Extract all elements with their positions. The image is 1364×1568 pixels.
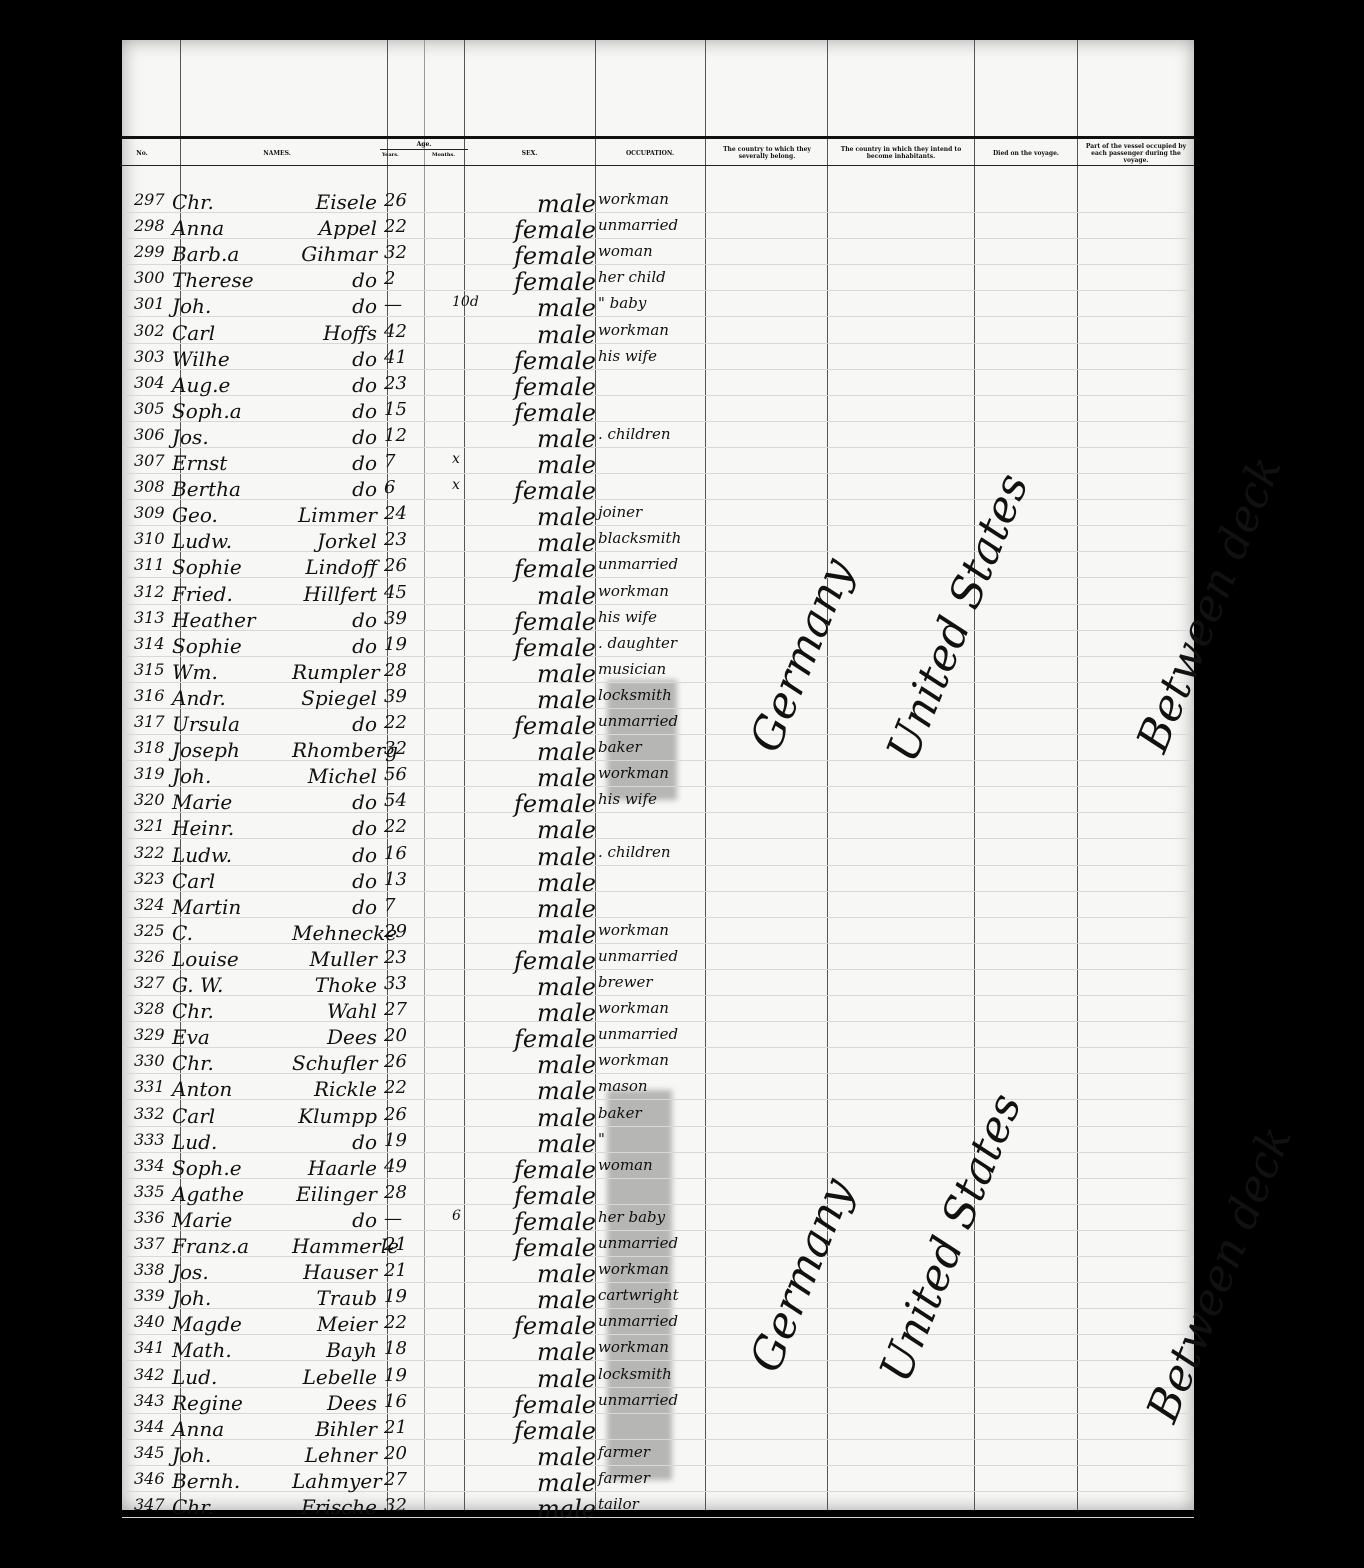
entry-number: 344 — [134, 1417, 165, 1436]
age-years: 49 — [384, 1156, 407, 1177]
last-name: Frische — [292, 1495, 377, 1519]
row-rule — [122, 1439, 1194, 1440]
age-years: 13 — [384, 869, 407, 890]
last-name: do — [292, 268, 377, 292]
last-name: Hauser — [292, 1260, 377, 1284]
last-name: Dees — [292, 1025, 377, 1049]
age-years: 15 — [384, 399, 407, 420]
row-rule — [122, 812, 1194, 813]
first-name: Bertha — [172, 477, 241, 501]
occupation: mason — [598, 1077, 648, 1095]
column-headers: No. NAMES. Age. Years. Months. SEX. OCCU… — [122, 140, 1194, 166]
row-rule — [122, 969, 1194, 970]
sex: male — [460, 1286, 596, 1314]
age-years: 22 — [384, 1312, 407, 1333]
entry-number: 347 — [134, 1495, 165, 1514]
sex: male — [460, 1338, 596, 1366]
last-name: Lehner — [292, 1443, 377, 1467]
occupation: unmarried — [598, 947, 678, 965]
entry-number: 304 — [134, 373, 165, 392]
entry-number: 332 — [134, 1104, 165, 1123]
entry-number: 298 — [134, 216, 165, 235]
first-name: Soph.a — [172, 399, 242, 423]
age-years: 21 — [384, 1234, 407, 1255]
first-name: Sophie — [172, 634, 242, 658]
row-rule — [122, 577, 1194, 578]
entry-number: 336 — [134, 1208, 165, 1227]
entry-number: 330 — [134, 1051, 165, 1070]
table-row: 314Sophiedo19female. daughter — [122, 634, 1194, 660]
table-row: 343RegineDees16femaleunmarried — [122, 1391, 1194, 1417]
age-years: 33 — [384, 973, 407, 994]
age-years: 19 — [384, 634, 407, 655]
row-rule — [122, 473, 1194, 474]
first-name: Ludw. — [172, 529, 232, 553]
sex: female — [460, 608, 596, 636]
sex: male — [460, 1051, 596, 1079]
header-top-rule — [122, 136, 1194, 139]
age-years: 16 — [384, 843, 407, 864]
occupation: . daughter — [598, 634, 677, 652]
row-rule — [122, 1152, 1194, 1153]
sex: male — [460, 973, 596, 1001]
header-part-of-vessel: Part of the vessel occupied by each pass… — [1080, 140, 1192, 166]
entry-number: 299 — [134, 242, 165, 261]
table-row: 310Ludw.Jorkel23maleblacksmith — [122, 529, 1194, 555]
age-years: 41 — [384, 347, 407, 368]
entry-number: 320 — [134, 790, 165, 809]
entry-number: 325 — [134, 921, 165, 940]
sex: male — [460, 190, 596, 218]
occupation: musician — [598, 660, 666, 678]
entry-number: 311 — [134, 555, 165, 574]
last-name: Haarle — [292, 1156, 377, 1180]
sex: male — [460, 686, 596, 714]
age-years: 18 — [384, 1338, 407, 1359]
table-row: 301Joh.do—10dmale" baby — [122, 294, 1194, 320]
first-name: Jos. — [172, 425, 209, 449]
header-sex: SEX. — [464, 140, 595, 166]
occupation: joiner — [598, 503, 642, 521]
last-name: Eilinger — [292, 1182, 377, 1206]
table-row: 326LouiseMuller23femaleunmarried — [122, 947, 1194, 973]
age-years: 56 — [384, 764, 407, 785]
sex: female — [460, 347, 596, 375]
row-rule — [122, 316, 1194, 317]
occupation: workman — [598, 1338, 669, 1356]
occupation: workman — [598, 921, 669, 939]
last-name: Schufler — [292, 1051, 377, 1075]
occupation: unmarried — [598, 1234, 678, 1252]
sex: male — [460, 869, 596, 897]
last-name: do — [292, 399, 377, 423]
age-years: 27 — [384, 999, 407, 1020]
table-row: 328Chr.Wahl27maleworkman — [122, 999, 1194, 1025]
table-row: 346Bernh.Lahmyer27malefarmer — [122, 1469, 1194, 1495]
last-name: Appel — [292, 216, 377, 240]
header-age-label: Age. — [376, 141, 472, 148]
last-name: Traub — [292, 1286, 377, 1310]
table-row: 339Joh.Traub19malecartwright — [122, 1286, 1194, 1312]
first-name: Agathe — [172, 1182, 244, 1206]
age-years: 29 — [384, 921, 407, 942]
sex: female — [460, 1312, 596, 1340]
first-name: Joseph — [172, 738, 240, 762]
sex: female — [460, 399, 596, 427]
first-name: Lud. — [172, 1365, 217, 1389]
table-row: 298AnnaAppel22femaleunmarried — [122, 216, 1194, 242]
table-row: 297Chr.Eisele26maleworkman — [122, 190, 1194, 216]
age-years: 19 — [384, 1286, 407, 1307]
age-years: 23 — [384, 947, 407, 968]
sex: male — [460, 764, 596, 792]
first-name: Louise — [172, 947, 239, 971]
sex: male — [460, 1365, 596, 1393]
sex: female — [460, 947, 596, 975]
entry-number: 342 — [134, 1365, 165, 1384]
row-rule — [122, 630, 1194, 631]
last-name: do — [292, 347, 377, 371]
first-name: Joh. — [172, 1286, 211, 1310]
first-name: Jos. — [172, 1260, 209, 1284]
first-name: Ursula — [172, 712, 240, 736]
occupation: baker — [598, 738, 642, 756]
row-rule — [122, 1021, 1194, 1022]
age-years: 23 — [384, 373, 407, 394]
entry-number: 312 — [134, 582, 165, 601]
entry-number: 307 — [134, 451, 165, 470]
entry-number: 331 — [134, 1077, 165, 1096]
occupation: unmarried — [598, 1025, 678, 1043]
table-row: 316Andr.Spiegel39malelocksmith — [122, 686, 1194, 712]
row-rule — [122, 290, 1194, 291]
row-rule — [122, 656, 1194, 657]
last-name: Dees — [292, 1391, 377, 1415]
first-name: Marie — [172, 790, 232, 814]
table-row: 321Heinr.do22male — [122, 816, 1194, 842]
first-name: Wm. — [172, 660, 218, 684]
first-name: G. W. — [172, 973, 223, 997]
age-years: 24 — [384, 503, 407, 524]
first-name: Ernst — [172, 451, 227, 475]
sex: female — [460, 634, 596, 662]
age-years: — — [384, 294, 402, 315]
row-rule — [122, 1099, 1194, 1100]
last-name: Wahl — [292, 999, 377, 1023]
first-name: Wilhe — [172, 347, 230, 371]
first-name: Carl — [172, 1104, 215, 1128]
row-rule — [122, 760, 1194, 761]
entry-number: 326 — [134, 947, 165, 966]
row-rule — [122, 1360, 1194, 1361]
entry-number: 310 — [134, 529, 165, 548]
entry-number: 314 — [134, 634, 165, 653]
header-age-rule — [380, 149, 468, 150]
first-name: Ludw. — [172, 843, 232, 867]
first-name: Magde — [172, 1312, 242, 1336]
table-row: 331AntonRickle22malemason — [122, 1077, 1194, 1103]
last-name: Thoke — [292, 973, 377, 997]
row-rule — [122, 369, 1194, 370]
occupation: tailor — [598, 1495, 639, 1513]
entry-number: 321 — [134, 816, 165, 835]
entry-number: 324 — [134, 895, 165, 914]
last-name: Hillfert — [292, 582, 377, 606]
entry-number: 317 — [134, 712, 165, 731]
occupation: cartwright — [598, 1286, 679, 1304]
row-rule — [122, 865, 1194, 866]
sex: female — [460, 555, 596, 583]
table-row: 300Theresedo2femaleher child — [122, 268, 1194, 294]
row-rule — [122, 1413, 1194, 1414]
table-row: 325C.Mehnecke29maleworkman — [122, 921, 1194, 947]
age-years: 7 — [384, 895, 395, 916]
row-rule — [122, 1465, 1194, 1466]
sex: male — [460, 503, 596, 531]
occupation: workman — [598, 999, 669, 1017]
table-row: 324Martindo7male — [122, 895, 1194, 921]
row-rule — [122, 1282, 1194, 1283]
entry-number: 322 — [134, 843, 165, 862]
last-name: do — [292, 712, 377, 736]
entry-number: 301 — [134, 294, 165, 313]
last-name: do — [292, 869, 377, 893]
header-no: No. — [122, 140, 162, 166]
occupation: locksmith — [598, 686, 672, 704]
last-name: do — [292, 895, 377, 919]
sex: male — [460, 1130, 596, 1158]
first-name: Chr. — [172, 999, 214, 1023]
entry-number: 305 — [134, 399, 165, 418]
age-years: 32 — [384, 738, 407, 759]
last-name: do — [292, 373, 377, 397]
sex: male — [460, 1077, 596, 1105]
sex: male — [460, 529, 596, 557]
occupation: unmarried — [598, 555, 678, 573]
first-name: Soph.e — [172, 1156, 242, 1180]
row-rule — [122, 891, 1194, 892]
first-name: Marie — [172, 1208, 232, 1232]
sex: male — [460, 1104, 596, 1132]
last-name: Bihler — [292, 1417, 377, 1441]
first-name: Therese — [172, 268, 254, 292]
row-rule — [122, 1204, 1194, 1205]
age-months-or-mark: x — [452, 477, 460, 493]
age-years: 26 — [384, 1051, 407, 1072]
table-row: 306Jos.do12male. children — [122, 425, 1194, 451]
first-name: Heinr. — [172, 816, 234, 840]
entry-number: 333 — [134, 1130, 165, 1149]
table-row: 309Geo.Limmer24malejoiner — [122, 503, 1194, 529]
first-name: Chr. — [172, 1495, 214, 1519]
row-rule — [122, 786, 1194, 787]
last-name: Spiegel — [292, 686, 377, 710]
age-years: 32 — [384, 242, 407, 263]
age-years: 22 — [384, 1077, 407, 1098]
table-row: 299Barb.aGihmar32femalewoman — [122, 242, 1194, 268]
first-name: Franz.a — [172, 1234, 249, 1258]
occupation: workman — [598, 582, 669, 600]
age-years: 27 — [384, 1469, 407, 1490]
row-rule — [122, 1047, 1194, 1048]
age-months-or-mark: x — [452, 451, 460, 467]
last-name: Mehnecke — [292, 921, 377, 945]
table-row: 338Jos.Hauser21maleworkman — [122, 1260, 1194, 1286]
age-years: 20 — [384, 1443, 407, 1464]
first-name: Anton — [172, 1077, 232, 1101]
age-years: 26 — [384, 1104, 407, 1125]
row-rule — [122, 1073, 1194, 1074]
age-years: 7 — [384, 451, 395, 472]
occupation: her child — [598, 268, 666, 286]
age-years: 16 — [384, 1391, 407, 1412]
occupation: woman — [598, 1156, 653, 1174]
table-row: 327G. W.Thoke33malebrewer — [122, 973, 1194, 999]
occupation: unmarried — [598, 1391, 678, 1409]
table-row: 313Heatherdo39femalehis wife — [122, 608, 1194, 634]
sex: male — [460, 425, 596, 453]
table-row: 320Mariedo54femalehis wife — [122, 790, 1194, 816]
last-name: Gihmar — [292, 242, 377, 266]
last-name: do — [292, 790, 377, 814]
last-name: do — [292, 451, 377, 475]
occupation: unmarried — [598, 712, 678, 730]
first-name: Barb.a — [172, 242, 239, 266]
table-row: 342Lud.Lebelle19malelocksmith — [122, 1365, 1194, 1391]
entry-number: 341 — [134, 1338, 165, 1357]
entry-number: 308 — [134, 477, 165, 496]
last-name: Jorkel — [292, 529, 377, 553]
first-name: Martin — [172, 895, 241, 919]
sex: male — [460, 321, 596, 349]
occupation: his wife — [598, 790, 657, 808]
entry-number: 303 — [134, 347, 165, 366]
sex: male — [460, 451, 596, 479]
row-rule — [122, 1387, 1194, 1388]
age-years: 19 — [384, 1365, 407, 1386]
entry-number: 340 — [134, 1312, 165, 1331]
last-name: Rickle — [292, 1077, 377, 1101]
first-name: Joh. — [172, 764, 211, 788]
last-name: Muller — [292, 947, 377, 971]
age-years: 2 — [384, 268, 395, 289]
entry-number: 302 — [134, 321, 165, 340]
last-name: do — [292, 1130, 377, 1154]
row-rule — [122, 343, 1194, 344]
sex: female — [460, 268, 596, 296]
age-years: 22 — [384, 816, 407, 837]
row-rule — [122, 1517, 1194, 1518]
last-name: do — [292, 816, 377, 840]
row-rule — [122, 682, 1194, 683]
sex: female — [460, 790, 596, 818]
sex: male — [460, 1495, 596, 1523]
age-years: 45 — [384, 582, 407, 603]
first-name: Carl — [172, 869, 215, 893]
sex: male — [460, 660, 596, 688]
occupation: baker — [598, 1104, 642, 1122]
entry-number: 318 — [134, 738, 165, 757]
table-row: 302CarlHoffs42maleworkman — [122, 321, 1194, 347]
sex: male — [460, 1260, 596, 1288]
sex: female — [460, 1208, 596, 1236]
header-age: Age. Years. Months. — [376, 140, 472, 166]
last-name: Michel — [292, 764, 377, 788]
last-name: Hoffs — [292, 321, 377, 345]
row-rule — [122, 212, 1194, 213]
table-row: 334Soph.eHaarle49femalewoman — [122, 1156, 1194, 1182]
entry-number: 300 — [134, 268, 165, 287]
occupation: unmarried — [598, 1312, 678, 1330]
row-rule — [122, 447, 1194, 448]
entry-number: 338 — [134, 1260, 165, 1279]
sex: male — [460, 582, 596, 610]
last-name: Eisele — [292, 190, 377, 214]
row-rule — [122, 1491, 1194, 1492]
entry-number: 313 — [134, 608, 165, 627]
entry-number: 315 — [134, 660, 165, 679]
last-name: Lebelle — [292, 1365, 377, 1389]
age-years: 28 — [384, 660, 407, 681]
sex: female — [460, 1391, 596, 1419]
header-country-belong: The country to which they severally belo… — [708, 140, 826, 166]
table-row: 345Joh.Lehner20malefarmer — [122, 1443, 1194, 1469]
row-rule — [122, 1126, 1194, 1127]
first-name: Chr. — [172, 190, 214, 214]
entry-number: 346 — [134, 1469, 165, 1488]
table-row: 322Ludw.do16male. children — [122, 843, 1194, 869]
first-name: Eva — [172, 1025, 210, 1049]
first-name: Lud. — [172, 1130, 217, 1154]
table-row: 340MagdeMeier22femaleunmarried — [122, 1312, 1194, 1338]
table-row: 336Mariedo—6femaleher baby — [122, 1208, 1194, 1234]
age-years: 22 — [384, 712, 407, 733]
row-rule — [122, 551, 1194, 552]
occupation: workman — [598, 321, 669, 339]
table-row: 332CarlKlumpp26malebaker — [122, 1104, 1194, 1130]
last-name: do — [292, 634, 377, 658]
age-years: 26 — [384, 555, 407, 576]
first-name: Bernh. — [172, 1469, 240, 1493]
age-years: — — [384, 1208, 402, 1229]
entry-number: 306 — [134, 425, 165, 444]
first-name: Chr. — [172, 1051, 214, 1075]
table-row: 305Soph.ado15female — [122, 399, 1194, 425]
first-name: Joh. — [172, 1443, 211, 1467]
sex: male — [460, 895, 596, 923]
table-row: 323Carldo13male — [122, 869, 1194, 895]
sex: female — [460, 1182, 596, 1210]
age-years: 6 — [384, 477, 395, 498]
first-name: Anna — [172, 216, 224, 240]
occupation: workman — [598, 1260, 669, 1278]
age-years: 22 — [384, 216, 407, 237]
row-rule — [122, 917, 1194, 918]
first-name: Joh. — [172, 294, 211, 318]
sex: male — [460, 999, 596, 1027]
last-name: Lindoff — [292, 555, 377, 579]
occupation: locksmith — [598, 1365, 672, 1383]
occupation: workman — [598, 1051, 669, 1069]
table-row: 303Wilhedo41femalehis wife — [122, 347, 1194, 373]
age-years: 54 — [384, 790, 407, 811]
table-row: 307Ernstdo7xmale — [122, 451, 1194, 477]
last-name: Klumpp — [292, 1104, 377, 1128]
first-name: Aug.e — [172, 373, 230, 397]
entry-number: 345 — [134, 1443, 165, 1462]
occupation: his wife — [598, 608, 657, 626]
last-name: do — [292, 425, 377, 449]
